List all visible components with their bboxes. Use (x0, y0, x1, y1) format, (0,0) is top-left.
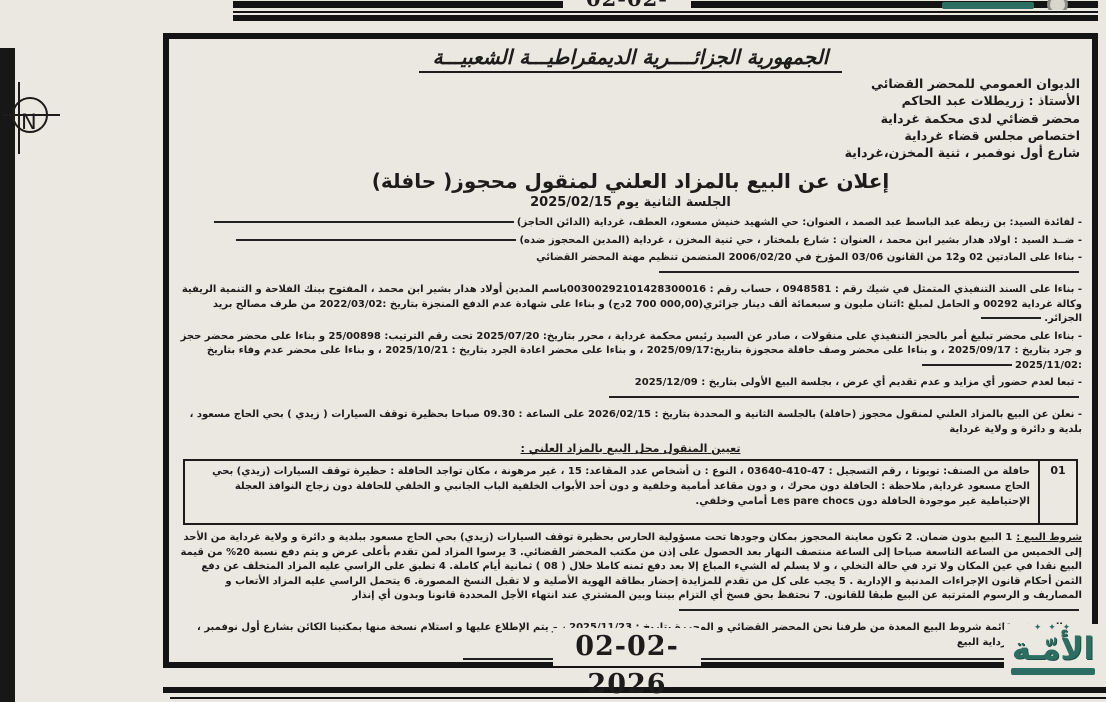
office-line: محضر قضائي لدى محكمة غرداية (179, 110, 1080, 127)
newspaper-scan-page: 02-02-2026 N الجمهورية الجزائــــرية الد… (0, 0, 1106, 702)
republic-title: الجمهورية الجزائــــرية الديمقراطيـــة ا… (179, 45, 1082, 69)
newspaper-logo-text: الأمّـة (1004, 632, 1102, 666)
dash-filler (463, 656, 1023, 660)
column-separator-thin (233, 11, 1098, 13)
publication-date: 02-02-2026 (553, 628, 701, 666)
paragraph-seizure: - بناءا على محضر تبليغ أمر بالحجز التنفي… (179, 330, 1082, 374)
office-line: اختصاص مجلس قضاء غرداية (179, 127, 1080, 144)
column-separator-thick (233, 15, 1098, 21)
dash-filler (922, 362, 1012, 366)
table-row-description: حافلة من الصنف: تويوتا ، رقم التسجيل : 4… (185, 461, 1038, 523)
designation-heading: تعيين المنقول محل البيع بالمزاد العلني : (179, 442, 1082, 455)
dash-filler (214, 219, 514, 223)
crop-mark-n: N (0, 82, 64, 160)
paragraph-law: - بناءا على المادتين 02 و12 من القانون 0… (179, 251, 1082, 280)
session-line: الجلسة الثانية يوم 2025/02/15 (179, 195, 1082, 210)
table-row-number: 01 (1038, 461, 1076, 523)
previous-frame-border-left (233, 1, 563, 8)
stamp-icon (1047, 0, 1068, 10)
dash-filler (609, 394, 1079, 398)
newspaper-slogan-bar-icon (1011, 668, 1095, 675)
newspaper-logo: ✦ ✦ ✦ الأمّـة (1004, 624, 1106, 686)
dash-filler (679, 607, 1079, 611)
sale-conditions-label: شروط البيع : (1016, 532, 1082, 543)
previous-ad-clipped-strip: 02-02-2026 (233, 0, 1098, 24)
previous-ad-date-clipped: 02-02-2026 (563, 0, 691, 9)
goods-table: 01 حافلة من الصنف: تويوتا ، رقم التسجيل … (183, 459, 1078, 525)
previous-newspaper-logo-clipped (932, 0, 1072, 10)
office-line: الأستاذ : زريطلات عبد الحاكم (179, 92, 1080, 109)
paragraph-debtor: - ضــد السيد : اولاد هدار بشير ابن محمد … (179, 234, 1082, 249)
previous-ad-date-text: 02-02-2026 (563, 0, 691, 9)
newspaper-slogan-bar-icon (942, 2, 1034, 9)
bailiff-office-block: الديوان العمومي للمحضر القضائي الأستاذ :… (179, 75, 1080, 161)
paragraph-first-session: - تبعا لعدم حضور أي مزايد و عدم تقديم أي… (179, 376, 1082, 405)
office-line: الديوان العمومي للمحضر القضائي (179, 75, 1080, 92)
dash-filler (981, 315, 1041, 319)
sale-conditions: شروط البيع :1 البيع بدون ضمان. 2 تكون مع… (179, 531, 1082, 618)
office-line: شارع أول نوفمبر ، ثنية المخزن،غرداية (179, 144, 1080, 161)
notice-frame: الجمهورية الجزائــــرية الديمقراطيـــة ا… (163, 33, 1098, 668)
paragraph-creditor: - لفائدة السيد: بن زيطة عبد الباسط عبد ا… (179, 216, 1082, 231)
auction-title: إعلان عن البيع بالمزاد العلني لمنقول محج… (179, 169, 1082, 193)
notice-content: الجمهورية الجزائــــرية الديمقراطيـــة ا… (167, 37, 1094, 664)
paragraph-announcement: - نعلن عن البيع بالمزاد العلني لمنقول مح… (179, 408, 1082, 437)
dash-filler (659, 269, 1079, 273)
crop-mark-letter: N (21, 110, 37, 134)
paragraph-writ: - بناءا على السند التنفيذي المتمثل في شي… (179, 283, 1082, 327)
dash-filler (236, 237, 516, 241)
